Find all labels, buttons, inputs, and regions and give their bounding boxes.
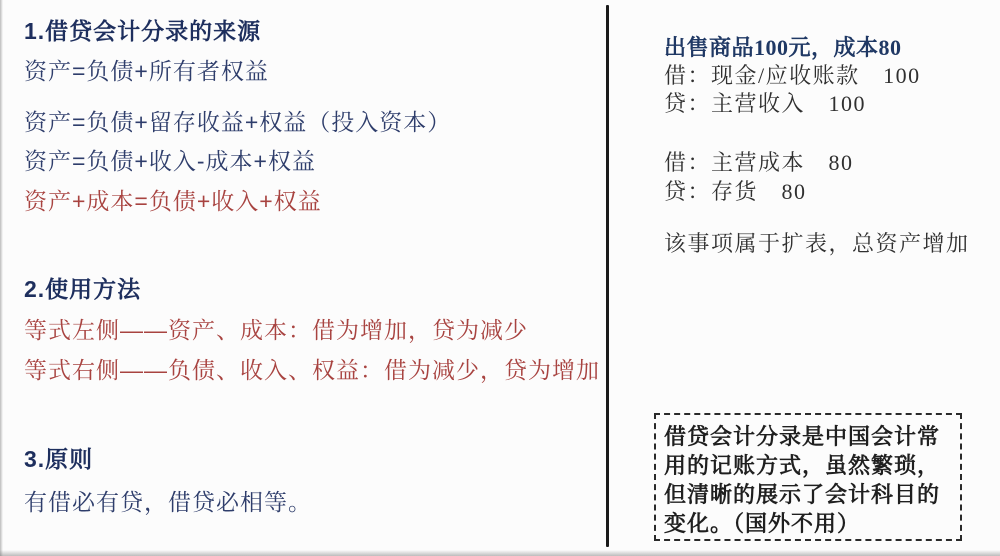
- section2-title: 2.使用方法: [24, 277, 141, 302]
- entry2-debit-line: 借：主营成本 80: [664, 150, 854, 176]
- equation-retained-earnings: 资产=负债+留存收益+权益（投入资本）: [24, 110, 451, 135]
- note-box: 借贷会计分录是中国会计常 用的记账方式，虽然繁琐， 但清晰的展示了会计科目的 变…: [654, 413, 962, 541]
- note-box-line: 用的记账方式，虽然繁琐，: [664, 451, 952, 480]
- note-box-line: 变化。（国外不用）: [664, 509, 952, 538]
- rule-right-side: 等式右侧——负债、收入、权益：借为减少，贷为增加: [24, 358, 600, 383]
- principle-line: 有借必有贷，借贷必相等。: [24, 490, 312, 515]
- section1-title: 1.借贷会计分录的来源: [24, 19, 261, 44]
- note-box-line: 借贷会计分录是中国会计常: [664, 422, 952, 451]
- equation-income-cost: 资产=负债+收入-成本+权益: [24, 149, 316, 174]
- example-title: 出售商品100元，成本80: [664, 35, 902, 61]
- equation-basic: 资产=负债+所有者权益: [24, 59, 269, 84]
- bottom-edge-artifact: [0, 550, 1000, 556]
- equation-rearranged: 资产+成本=负债+收入+权益: [24, 189, 322, 214]
- accounting-notes-page: 1.借贷会计分录的来源 资产=负债+所有者权益 资产=负债+留存收益+权益（投入…: [0, 0, 1000, 556]
- entry1-debit-line: 借：现金/应收账款 100: [664, 63, 921, 89]
- entry2-credit-line: 贷：存货 80: [664, 179, 807, 205]
- note-box-line: 但清晰的展示了会计科目的: [664, 480, 952, 509]
- rule-left-side: 等式左侧——资产、成本：借为增加，贷为减少: [24, 318, 528, 343]
- vertical-divider: [606, 5, 609, 547]
- entry1-credit-line: 贷：主营收入 100: [664, 91, 866, 117]
- section3-title: 3.原则: [24, 447, 93, 472]
- left-edge-artifact: [0, 0, 3, 556]
- conclusion-line: 该事项属于扩表，总资产增加: [664, 231, 970, 257]
